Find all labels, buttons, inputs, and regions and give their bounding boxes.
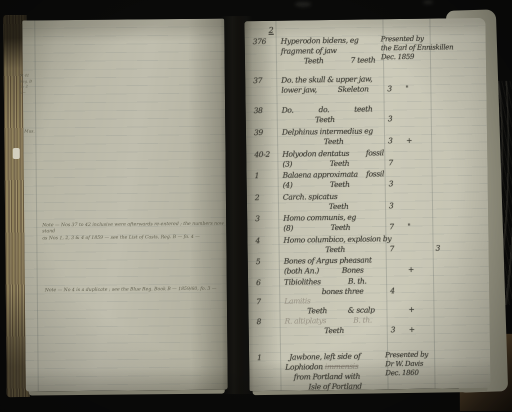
register-entry: 40-2Holyodon dentatus fossil(3) Teeth7	[252, 147, 483, 170]
register-entry: 5Bones of Argus pheasant(both An.) Bones…	[254, 254, 485, 277]
pencil-note-duplicate: Note — No 4 is a duplicate ; see the Blu…	[45, 287, 221, 294]
column-rule-line	[429, 19, 435, 389]
column-mark: "	[407, 222, 410, 232]
column-mark: +	[408, 265, 414, 275]
register-entry: 37Do. the skull & upper jaw,lower jaw, S…	[251, 73, 482, 96]
entry-line: Teeth3	[282, 113, 483, 126]
quantity-figure: 3	[389, 201, 394, 211]
entry-line: Teeth3+	[285, 324, 486, 337]
entry-line: Bones of Argus pheasant	[284, 254, 485, 267]
pencil-note-line: M 41	[20, 73, 32, 79]
entry-line: Homo columbico, explosion by	[283, 233, 484, 246]
entry-line: Holyodon dentatus fossil	[282, 147, 483, 160]
column-mark: 3	[436, 244, 441, 254]
pencil-note-line: fo. 2	[20, 85, 32, 91]
donor-note-line: Presented by	[385, 350, 485, 360]
register-entry: 376Hyperodon bidens, egfragment of jaw T…	[251, 34, 482, 67]
quantity-figure: 7	[389, 222, 394, 232]
entry-number: 6	[256, 278, 282, 288]
quantity-figure: 3	[388, 136, 393, 146]
column-mark: +	[408, 305, 414, 315]
register-entry: 2Carch. spicatus Teeth3	[253, 190, 484, 213]
entry-line: lower jaw, Skeleton3"	[281, 83, 482, 96]
entry-line: (4) Teeth3	[283, 178, 484, 191]
register-entry: 38Do. do. teeth Teeth3	[252, 103, 483, 126]
register-entries: 376Hyperodon bidens, egfragment of jaw T…	[244, 18, 490, 391]
entry-line: bones three4	[284, 285, 485, 298]
entry-line: (both An.) Bones+	[284, 264, 485, 277]
quantity-figure: 4	[390, 286, 395, 296]
register-entry: 3Homo communis, eg(8) Teeth7"	[253, 211, 484, 234]
entry-number: 5	[256, 257, 282, 267]
entry-number: 1	[257, 353, 283, 363]
entry-line: (3) Teeth7	[282, 157, 483, 170]
quantity-figure: 3	[389, 179, 394, 189]
entry-line: Teeth3+	[282, 135, 483, 148]
pencil-word: Mus.	[24, 128, 35, 133]
page-thickness-edge	[29, 390, 225, 396]
quantity-figure: 3	[391, 325, 396, 335]
column-rule-line	[382, 19, 388, 389]
entry-number: 40-2	[254, 150, 280, 160]
entry-line: Do. the skull & upper jaw,	[281, 73, 482, 86]
entry-line: (8) Teeth7"	[283, 221, 484, 234]
quantity-figure: 3	[388, 114, 393, 124]
register-entry: 8R. altiplatys B. th. Teeth3+	[255, 314, 486, 337]
entry-line: Lophiodon immensis	[285, 360, 486, 373]
donor-note: Presented bythe Earl of EnniskillenDec. …	[381, 34, 481, 62]
donor-note-line: Presented by	[381, 34, 481, 44]
quantity-figure: 3	[387, 84, 392, 94]
quantity-figure: 7	[388, 158, 393, 168]
pencil-note-line: x—	[20, 90, 32, 96]
entry-line: R. altiplatys B. th.	[285, 314, 486, 327]
register-entry: 1 Jawbone, left side ofLophiodon immensi…	[255, 350, 487, 393]
entry-line: Do. do. teeth	[282, 103, 483, 116]
entry-line: fragment of jaw	[281, 44, 482, 57]
donor-note-line: Dec. 1860	[385, 368, 485, 378]
donor-note-line: the Earl of Enniskillen	[381, 43, 481, 53]
entry-number: 39	[254, 128, 280, 138]
entry-number: 4	[255, 236, 281, 246]
entry-line: Teeth73	[284, 243, 485, 256]
entry-line: from Portland with	[285, 370, 486, 383]
entry-line: Delphinus intermedius eg	[282, 125, 483, 138]
scanned-register-photo: M 41 Reg. B fo. 2 x— Mus. Note — Nos 37 …	[0, 0, 512, 412]
entry-number: 7	[256, 297, 282, 307]
entry-line: Balaena approximata fossil	[283, 168, 484, 181]
pencil-note-line: Note — Nos 37 to 42 inclusive were after…	[42, 222, 224, 237]
register-entry: 39Delphinus intermedius eg Teeth3+	[252, 125, 483, 148]
entry-line: Homo communis, eg	[283, 211, 484, 224]
register-entry: 4Homo columbico, explosion by Teeth73	[253, 233, 484, 256]
donor-note-line: Dr W. Davis	[385, 359, 485, 369]
entry-line: Teeth & scalp+	[284, 304, 485, 317]
entry-number: 2	[255, 193, 281, 203]
entry-line: Jawbone, left side of	[285, 350, 486, 363]
entry-number: 8	[257, 317, 283, 327]
entry-number: 37	[253, 76, 279, 86]
entry-line: Teeth3	[283, 200, 484, 213]
column-mark: "	[405, 84, 408, 94]
register-entry: 7Lamitis Teeth & scalp+	[254, 294, 485, 317]
pencil-note-transfer: Note — Nos 37 to 42 inclusive were after…	[42, 222, 224, 243]
column-mark: +	[406, 136, 412, 146]
paper-chip	[13, 148, 20, 159]
background-smudge	[423, 0, 433, 4]
margin-rule-line	[34, 20, 39, 391]
entry-line: Tibiolithes B. th.	[284, 275, 485, 288]
quantity-figure: 7	[390, 244, 395, 254]
column-mark: +	[409, 325, 415, 335]
entry-line: Teeth 7 teeth	[281, 54, 482, 67]
register-entry: 1Balaena approximata fossil(4) Teeth3	[253, 168, 484, 191]
open-ledger-book: M 41 Reg. B fo. 2 x— Mus. Note — Nos 37 …	[0, 0, 512, 412]
entry-number: 38	[254, 106, 280, 116]
right-page: 2 376Hyperodon bidens, egfragment of jaw…	[244, 18, 490, 391]
entry-number: 3	[255, 214, 281, 224]
column-rule-line	[275, 21, 281, 391]
donor-note: Presented byDr W. DavisDec. 1860	[385, 350, 485, 378]
entry-line: Carch. spicatus	[283, 190, 484, 203]
entry-number: 376	[253, 37, 279, 47]
register-entry: 6Tibiolithes B. th. bones three4	[254, 275, 485, 298]
pencil-margin-note: M 41 Reg. B fo. 2 x—	[20, 73, 32, 95]
entry-line: Hyperodon bidens, eg	[281, 34, 482, 47]
pencil-note-line: as Nos 1, 2, 3 & 4 of 1859 — see the Lis…	[42, 234, 224, 242]
entry-number: 1	[255, 171, 281, 181]
left-page: M 41 Reg. B fo. 2 x— Mus. Note — Nos 37 …	[22, 19, 228, 392]
page-number: 2	[268, 26, 273, 35]
background-smudge	[295, 2, 311, 7]
donor-note-line: Dec. 1859	[381, 52, 481, 62]
entry-line: Lamitis	[284, 294, 485, 307]
